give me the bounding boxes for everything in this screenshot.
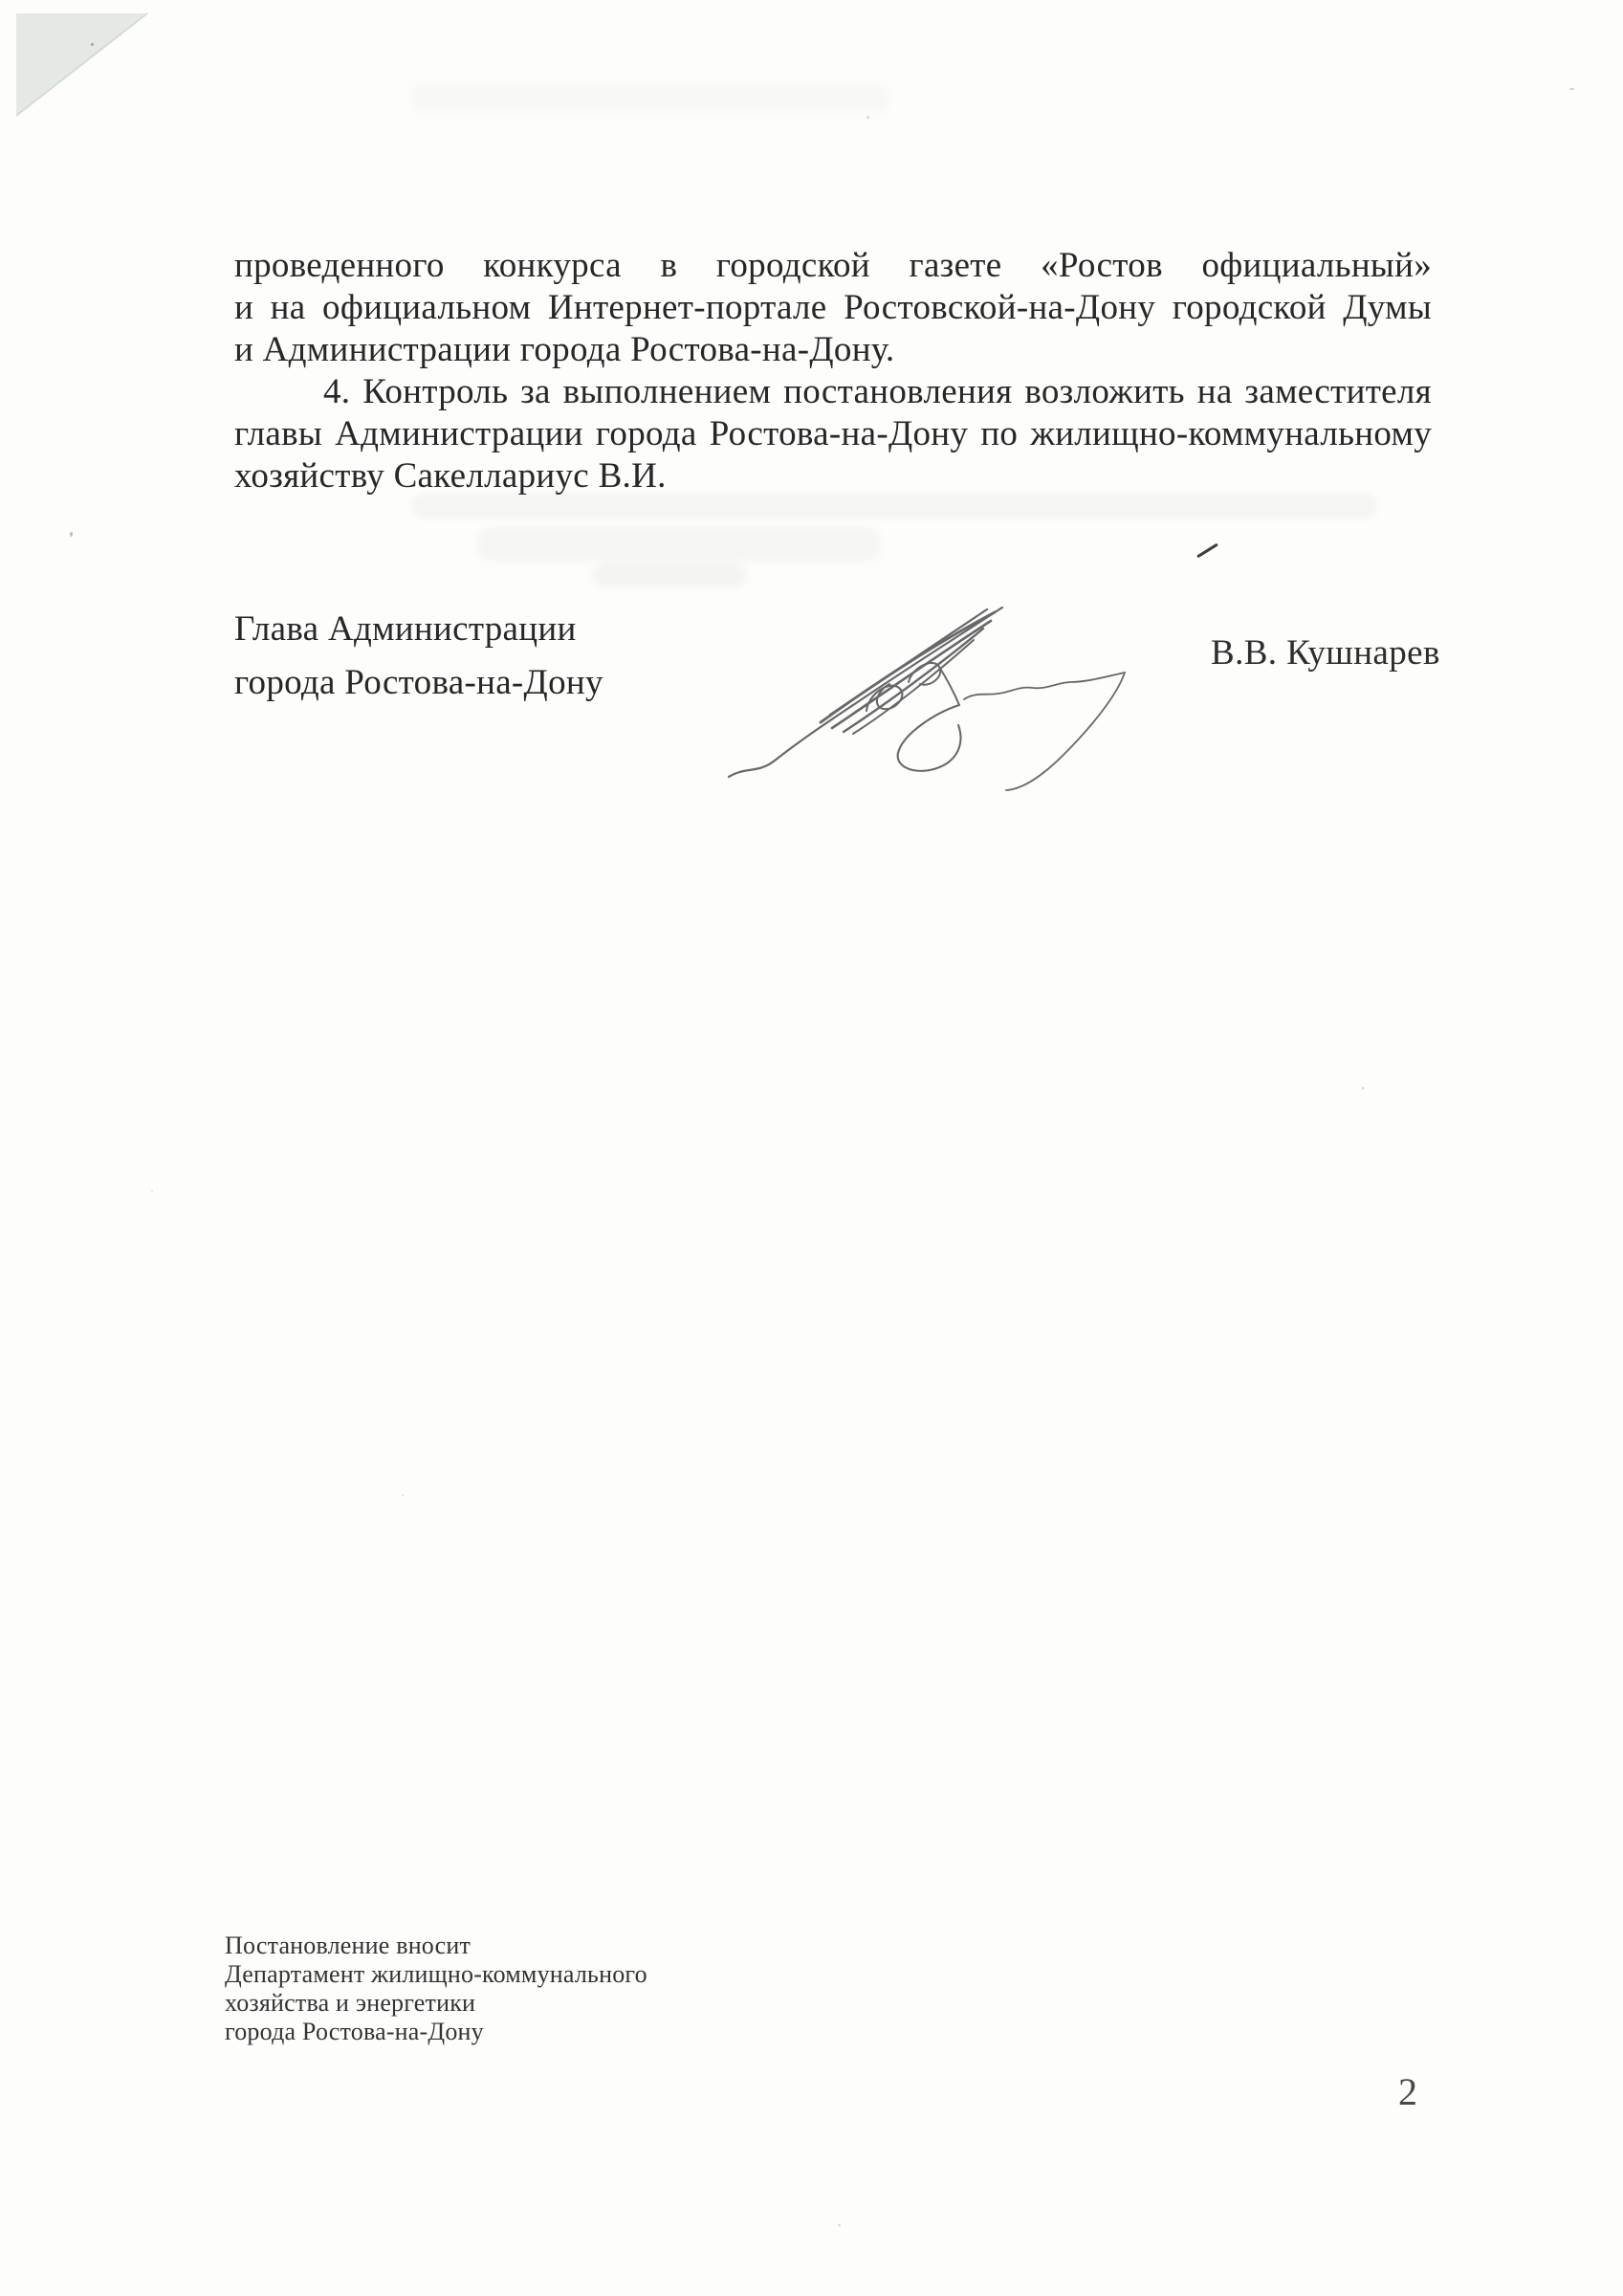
- page-corner-fold: [0, 0, 210, 163]
- footer-line: хозяйства и энергетики: [225, 1989, 647, 2018]
- bleedthrough-ghost: [478, 528, 880, 561]
- scan-speck: [838, 2224, 841, 2226]
- signer-title-line: Глава Администрации: [234, 603, 603, 656]
- scan-speck: [866, 116, 869, 119]
- scan-speck: [402, 1494, 404, 1496]
- handwritten-signature: [708, 560, 1243, 808]
- body-text-line: главы Администрации города Ростова-на-До…: [234, 413, 1432, 455]
- bleedthrough-ghost: [411, 84, 889, 113]
- document-body: проведенного конкурса в городской газете…: [234, 245, 1432, 497]
- page-number: 2: [1398, 2069, 1417, 2114]
- body-text-line: хозяйству Сакеллариус В.И.: [234, 455, 1432, 497]
- body-text-line: 4. Контроль за выполнением постановления…: [234, 371, 1432, 413]
- scan-speck: [70, 532, 73, 537]
- scan-speck: [151, 1190, 153, 1192]
- signer-title-line: города Ростова-на-Дону: [234, 656, 603, 710]
- signer-name: В.В. Кушнарев: [1211, 632, 1440, 674]
- footer-submitter: Постановление вносит Департамент жилищно…: [225, 1932, 647, 2046]
- body-text-line: и на официальном Интернет-портале Ростов…: [234, 287, 1432, 329]
- pen-tick-mark: [1196, 543, 1218, 559]
- footer-line: Постановление вносит: [225, 1932, 647, 1960]
- body-text-line: проведенного конкурса в городской газете…: [234, 245, 1432, 287]
- scanned-document-page: проведенного конкурса в городской газете…: [0, 0, 1623, 2296]
- scan-speck: [1569, 88, 1574, 90]
- footer-line: города Ростова-на-Дону: [225, 2018, 647, 2046]
- footer-line: Департамент жилищно-коммунального: [225, 1960, 647, 1989]
- signer-title: Глава Администрации города Ростова-на-До…: [234, 603, 603, 710]
- scan-speck: [1362, 1087, 1364, 1090]
- body-text-line: и Администрации города Ростова-на-Дону.: [234, 329, 1432, 371]
